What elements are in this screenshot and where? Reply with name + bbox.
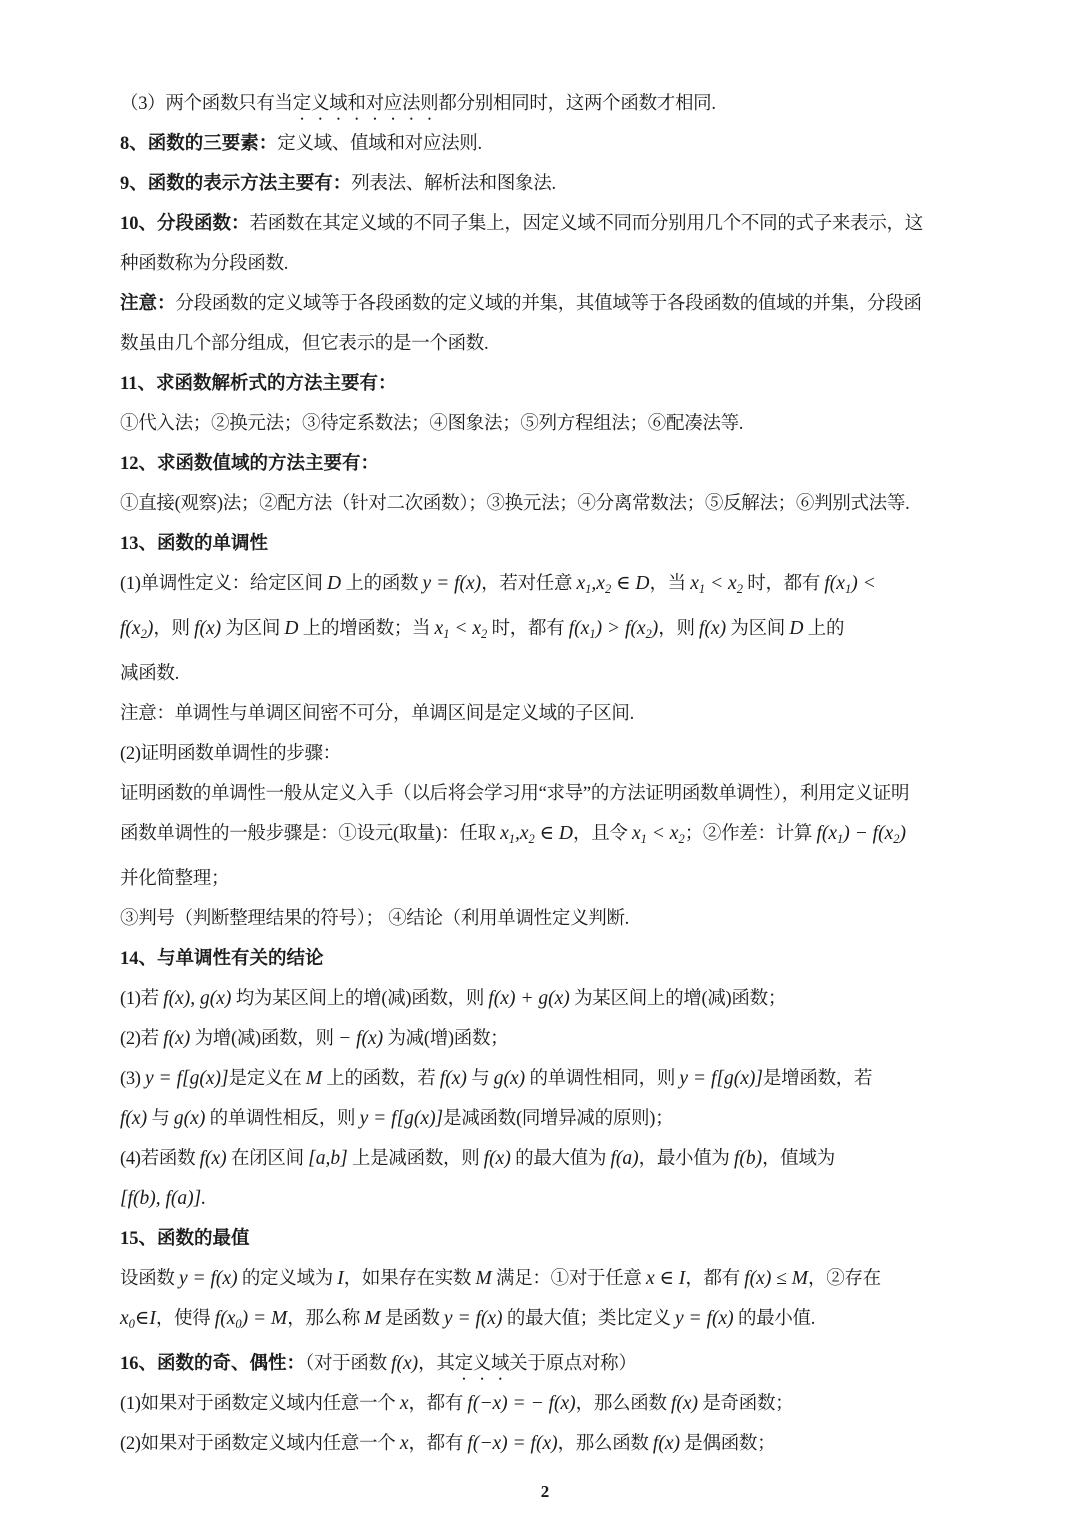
text-line: 注意：分段函数的定义域等于各段函数的定义域的并集，其值域等于各段函数的值域的并集… bbox=[120, 284, 970, 324]
bold-text: 注意： bbox=[120, 294, 176, 314]
text-line: 11、求函数解析式的方法主要有： bbox=[120, 364, 970, 404]
text: 的最小值. bbox=[734, 1309, 815, 1329]
math-text: M bbox=[306, 1068, 322, 1089]
text-line: 函数单调性的一般步骤是：①设元(取量)：任取 x1,x2 ∈ D，且令 x1 <… bbox=[120, 814, 970, 859]
text: 为某区间上的增(减)函数； bbox=[570, 989, 786, 1009]
text: (1)单调性定义：给定区间 bbox=[120, 574, 327, 594]
math-text: x bbox=[632, 823, 641, 844]
math-text: y = f[g(x)] bbox=[679, 1068, 763, 1089]
text-line: （3）两个函数只有当定义域和对应法则都分别相同时，这两个函数才相同. bbox=[120, 84, 970, 124]
text: 为区间 bbox=[726, 619, 789, 639]
text-line: (1)单调性定义：给定区间 D 上的函数 y = f(x)，若对任意 x1,x2… bbox=[120, 564, 970, 609]
text: 是减函数(同增异减的原则)； bbox=[443, 1109, 673, 1129]
text-line: ①直接(观察)法；②配方法（针对二次函数）；③换元法；④分离常数法；⑤反解法；⑥… bbox=[120, 484, 970, 524]
text: (4)若函数 bbox=[120, 1149, 200, 1169]
text: 为增(减)函数，则 bbox=[190, 1029, 338, 1049]
text-line: 9、函数的表示方法主要有：列表法、解析法和图象法. bbox=[120, 164, 970, 204]
bold-text: 15、函数的最值 bbox=[120, 1229, 250, 1249]
text: 的定义域为 bbox=[238, 1269, 338, 1289]
text: (2)如果对于函数定义域内任意一个 bbox=[120, 1434, 400, 1454]
text: ，那么函数 bbox=[576, 1394, 671, 1414]
text: 注意：单调性与单调区间密不可分，单调区间是定义域的子区间. bbox=[120, 704, 634, 724]
math-text: x bbox=[690, 573, 699, 594]
math-text: − f(x) bbox=[338, 1028, 383, 1049]
text: ③判号（判断整理结果的符号）； ④结论（利用单调性定义判断. bbox=[120, 909, 629, 929]
text: ，都有 bbox=[685, 1269, 744, 1289]
text: ，且令 bbox=[573, 824, 632, 844]
math-text: x bbox=[596, 573, 605, 594]
text: 上的函数 bbox=[341, 574, 422, 594]
document-body: （3）两个函数只有当定义域和对应法则都分别相同时，这两个函数才相同.8、函数的三… bbox=[120, 84, 970, 1464]
bold-text: 8、函数的三要素： bbox=[120, 134, 277, 154]
math-text: [a,b] bbox=[308, 1148, 348, 1169]
text: (3) bbox=[120, 1069, 145, 1089]
math-text: y = f(x) bbox=[444, 1308, 503, 1329]
text: 定义域、值域和对应法则. bbox=[277, 134, 482, 154]
math-text: [f(b), f(a)]. bbox=[120, 1188, 206, 1209]
math-text: y = f(x) bbox=[675, 1308, 734, 1329]
text: ，那么函数 bbox=[558, 1434, 653, 1454]
math-text: f(b) bbox=[734, 1148, 762, 1169]
math-text: ∈ D bbox=[611, 573, 649, 594]
bold-text: 16、函数的奇、偶性： bbox=[120, 1354, 305, 1374]
math-text: f(−x) = f(x) bbox=[467, 1433, 557, 1454]
text: 证明函数的单调性一般从定义入手（以后将会学习用“求导”的方法证明函数单调性），利… bbox=[120, 784, 909, 804]
text: 减函数. bbox=[120, 664, 179, 684]
math-text: ∈I bbox=[135, 1308, 156, 1329]
text: （对于函数 bbox=[305, 1354, 391, 1374]
text-line: 14、与单调性有关的结论 bbox=[120, 939, 970, 979]
text: 上的 bbox=[803, 619, 844, 639]
text: 的最大值为 bbox=[511, 1149, 611, 1169]
text-line: 数虽由几个部分组成，但它表示的是一个函数. bbox=[120, 324, 970, 364]
math-text: ) = M bbox=[242, 1308, 288, 1329]
math-text: D bbox=[284, 618, 298, 639]
text: 是偶函数； bbox=[680, 1434, 775, 1454]
math-text: y = f[g(x)] bbox=[360, 1108, 444, 1129]
text: 与 bbox=[147, 1109, 174, 1129]
bold-text: 14、与单调性有关的结论 bbox=[120, 949, 324, 969]
text: ，都有 bbox=[408, 1434, 467, 1454]
text: （3）两个函数只有当 bbox=[120, 94, 293, 114]
text-line: f(x) 与 g(x) 的单调性相反，则 y = f[g(x)]是减函数(同增异… bbox=[120, 1099, 970, 1139]
text: ，当 bbox=[649, 574, 690, 594]
text: ，②存在 bbox=[808, 1269, 881, 1289]
text-line: 设函数 y = f(x) 的定义域为 I，如果存在实数 M 满足：①对于任意 x… bbox=[120, 1259, 970, 1299]
math-text: < bbox=[647, 823, 670, 844]
math-text: y = f(x) bbox=[179, 1268, 238, 1289]
text: 种函数称为分段函数. bbox=[120, 254, 288, 274]
text: ；②作差：计算 bbox=[685, 824, 817, 844]
math-text: ) < bbox=[851, 573, 876, 594]
page-number: 2 bbox=[120, 1482, 970, 1502]
math-text: x bbox=[728, 573, 737, 594]
text: 设函数 bbox=[120, 1269, 179, 1289]
text: ，那么称 bbox=[287, 1309, 364, 1329]
math-text: y = f(x) bbox=[423, 573, 482, 594]
text: 的最大值；类比定义 bbox=[503, 1309, 675, 1329]
text-line: x0∈I，使得 f(x0) = M，那么称 M 是函数 y = f(x) 的最大… bbox=[120, 1299, 970, 1344]
math-text: x ∈ I bbox=[646, 1268, 685, 1289]
text: 与 bbox=[467, 1069, 494, 1089]
math-text: M bbox=[475, 1268, 491, 1289]
text-line: 12、求函数值域的方法主要有： bbox=[120, 444, 970, 484]
math-text: f(x) bbox=[391, 1353, 418, 1374]
math-text: ) > f(x bbox=[596, 618, 646, 639]
bold-text: 9、函数的表示方法主要有： bbox=[120, 174, 351, 194]
math-text: f(x bbox=[120, 618, 141, 639]
math-text: x bbox=[520, 823, 529, 844]
text-line: 证明函数的单调性一般从定义入手（以后将会学习用“求导”的方法证明函数单调性），利… bbox=[120, 774, 970, 814]
text: 满足：①对于任意 bbox=[492, 1269, 646, 1289]
text: 函数单调性的一般步骤是：①设元(取量)：任取 bbox=[120, 824, 500, 844]
text-line: 15、函数的最值 bbox=[120, 1219, 970, 1259]
text: ，若对任意 bbox=[481, 574, 576, 594]
text-line: ①代入法；②换元法；③待定系数法；④图象法；⑤列方程组法；⑥配凑法等. bbox=[120, 404, 970, 444]
text-line: [f(b), f(a)]. bbox=[120, 1179, 970, 1219]
text-line: ③判号（判断整理结果的符号）； ④结论（利用单调性定义判断. bbox=[120, 899, 970, 939]
text: ，使得 bbox=[156, 1309, 215, 1329]
text: ，其 bbox=[418, 1354, 454, 1374]
emphasized-text: 定义域和对应法则 bbox=[293, 94, 439, 114]
math-text: ∈ D bbox=[535, 823, 573, 844]
bold-text: 12、求函数值域的方法主要有： bbox=[120, 454, 379, 474]
math-text: D bbox=[327, 573, 341, 594]
math-text: f(x) bbox=[120, 1108, 147, 1129]
math-text: D bbox=[789, 618, 803, 639]
text: (1)如果对于函数定义域内任意一个 bbox=[120, 1394, 400, 1414]
text: 是增函数，若 bbox=[763, 1069, 872, 1089]
text: 为减(增)函数； bbox=[383, 1029, 508, 1049]
text-line: (1)如果对于函数定义域内任意一个 x，都有 f(−x) = − f(x)，那么… bbox=[120, 1384, 970, 1424]
math-text: ) bbox=[899, 823, 906, 844]
text: ①直接(观察)法；②配方法（针对二次函数）；③换元法；④分离常数法；⑤反解法；⑥… bbox=[120, 494, 909, 514]
text: 分段函数的定义域等于各段函数的定义域的并集，其值域等于各段函数的值域的并集，分段… bbox=[176, 294, 922, 314]
text-line: 种函数称为分段函数. bbox=[120, 244, 970, 284]
text: ，最小值为 bbox=[639, 1149, 734, 1169]
text: ，则 bbox=[153, 619, 194, 639]
text: 上的增函数；当 bbox=[298, 619, 434, 639]
text-line: f(x2)，则 f(x) 为区间 D 上的增函数；当 x1 < x2 时，都有 … bbox=[120, 609, 970, 654]
text: (2)证明函数单调性的步骤： bbox=[120, 744, 341, 764]
math-text: x bbox=[435, 618, 444, 639]
text-line: 16、函数的奇、偶性：（对于函数 f(x)，其定义域关于原点对称） bbox=[120, 1344, 970, 1384]
text: ，如果存在实数 bbox=[344, 1269, 476, 1289]
text-line: (2)证明函数单调性的步骤： bbox=[120, 734, 970, 774]
math-text: f(x bbox=[215, 1308, 236, 1329]
math-text: f(x bbox=[569, 618, 590, 639]
text-line: (1)若 f(x), g(x) 均为某区间上的增(减)函数，则 f(x) + g… bbox=[120, 979, 970, 1019]
text: (2)若 bbox=[120, 1029, 163, 1049]
math-text: g(x) bbox=[174, 1108, 205, 1129]
text: 上的函数，若 bbox=[322, 1069, 440, 1089]
text: ，则 bbox=[658, 619, 699, 639]
text: 在闭区间 bbox=[227, 1149, 308, 1169]
text-line: 13、函数的单调性 bbox=[120, 524, 970, 564]
bold-text: 10、分段函数： bbox=[120, 214, 250, 234]
text-line: 减函数. bbox=[120, 654, 970, 694]
text-line: 注意：单调性与单调区间密不可分，单调区间是定义域的子区间. bbox=[120, 694, 970, 734]
math-text: f(x) bbox=[194, 618, 221, 639]
text: 时，都有 bbox=[743, 574, 824, 594]
math-text: g(x) bbox=[494, 1068, 525, 1089]
math-text: f(x) bbox=[200, 1148, 227, 1169]
math-text: f(x) bbox=[653, 1433, 680, 1454]
text: 时，都有 bbox=[487, 619, 568, 639]
text-line: 10、分段函数：若函数在其定义域的不同子集上，因定义域不同而分别用几个不同的式子… bbox=[120, 204, 970, 244]
text: 为区间 bbox=[221, 619, 284, 639]
math-text: y = f[g(x)] bbox=[145, 1068, 229, 1089]
text: 数虽由几个部分组成，但它表示的是一个函数. bbox=[120, 334, 488, 354]
math-text: f(x) ≤ M bbox=[744, 1268, 808, 1289]
text: 都分别相同时，这两个函数才相同. bbox=[438, 94, 715, 114]
math-text: f(x) bbox=[440, 1068, 467, 1089]
text-line: 8、函数的三要素：定义域、值域和对应法则. bbox=[120, 124, 970, 164]
text: 的单调性相反，则 bbox=[205, 1109, 359, 1129]
text: (1)若 bbox=[120, 989, 163, 1009]
text: 是定义在 bbox=[229, 1069, 306, 1089]
math-text: f(x), g(x) bbox=[163, 988, 231, 1009]
math-text: < bbox=[449, 618, 472, 639]
text: ①代入法；②换元法；③待定系数法；④图象法；⑤列方程组法；⑥配凑法等. bbox=[120, 414, 743, 434]
math-text: x bbox=[577, 573, 586, 594]
math-text: x bbox=[500, 823, 509, 844]
text: 均为某区间上的增(减)函数，则 bbox=[231, 989, 488, 1009]
text: 并化简整理； bbox=[120, 869, 229, 889]
text: 的单调性相同，则 bbox=[525, 1069, 679, 1089]
text-line: (2)若 f(x) 为增(减)函数，则 − f(x) 为减(增)函数； bbox=[120, 1019, 970, 1059]
math-text: f(x) bbox=[699, 618, 726, 639]
text-line: (3) y = f[g(x)]是定义在 M 上的函数，若 f(x) 与 g(x)… bbox=[120, 1059, 970, 1099]
text-line: 并化简整理； bbox=[120, 859, 970, 899]
text: 关于原点对称） bbox=[509, 1354, 636, 1374]
math-text: ) − f(x bbox=[843, 823, 893, 844]
math-text: f(x) + g(x) bbox=[488, 988, 569, 1009]
math-text: f(x) bbox=[484, 1148, 511, 1169]
math-text: f(x bbox=[824, 573, 845, 594]
math-text: x bbox=[472, 618, 481, 639]
math-text: f(x) bbox=[163, 1028, 190, 1049]
text: 是函数 bbox=[381, 1309, 444, 1329]
math-text: f(x bbox=[816, 823, 837, 844]
text-line: (2)如果对于函数定义域内任意一个 x，都有 f(−x) = f(x)，那么函数… bbox=[120, 1424, 970, 1464]
math-text: x bbox=[120, 1308, 129, 1329]
text: 上是减函数，则 bbox=[348, 1149, 484, 1169]
math-text: f(−x) = − f(x) bbox=[467, 1393, 575, 1414]
math-text: < bbox=[705, 573, 728, 594]
math-text: f(x) bbox=[671, 1393, 698, 1414]
text: ，值域为 bbox=[762, 1149, 835, 1169]
math-text: f(a) bbox=[610, 1148, 638, 1169]
bold-text: 11、求函数解析式的方法主要有： bbox=[120, 374, 396, 394]
emphasized-text: 定义域 bbox=[455, 1354, 510, 1374]
text: 列表法、解析法和图象法. bbox=[351, 174, 556, 194]
math-text: M bbox=[364, 1308, 380, 1329]
text: 是奇函数； bbox=[698, 1394, 793, 1414]
text-line: (4)若函数 f(x) 在闭区间 [a,b] 上是减函数，则 f(x) 的最大值… bbox=[120, 1139, 970, 1179]
bold-text: 13、函数的单调性 bbox=[120, 534, 268, 554]
text: ，都有 bbox=[408, 1394, 467, 1414]
text: 若函数在其定义域的不同子集上，因定义域不同而分别用几个不同的式子来表示，这 bbox=[250, 214, 923, 234]
document-page: （3）两个函数只有当定义域和对应法则都分别相同时，这两个函数才相同.8、函数的三… bbox=[0, 0, 1080, 1527]
